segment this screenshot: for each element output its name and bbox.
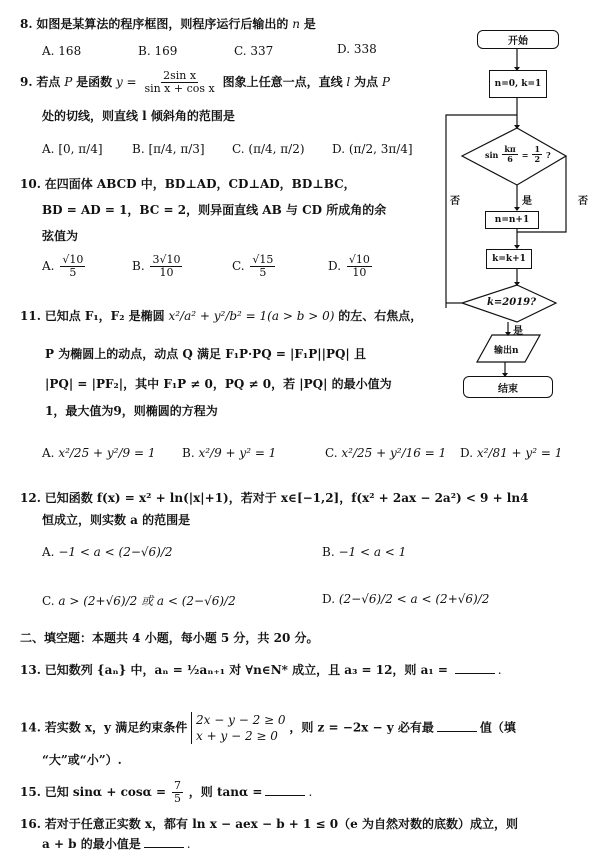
flowchart-no-right-label: 否 [578, 192, 588, 207]
flowchart-step-n: n=n+1 [485, 211, 539, 229]
flowchart-condition-1: sin kπ6 = 12 ? [485, 145, 551, 164]
flowchart-init: n=0, k=1 [489, 70, 547, 98]
flowchart-output: 输出n [494, 343, 519, 356]
flowchart-condition-2: k=2019? [487, 297, 536, 308]
flowchart-yes-label: 是 [522, 192, 532, 207]
flowchart-no-left-label: 否 [450, 192, 460, 207]
flowchart-start: 开始 [477, 30, 559, 49]
flowchart-step-k: k=k+1 [486, 249, 532, 269]
flowchart-yes2-label: 是 [513, 322, 523, 337]
flowchart-lines [0, 0, 596, 858]
flowchart-end: 结束 [463, 376, 553, 398]
